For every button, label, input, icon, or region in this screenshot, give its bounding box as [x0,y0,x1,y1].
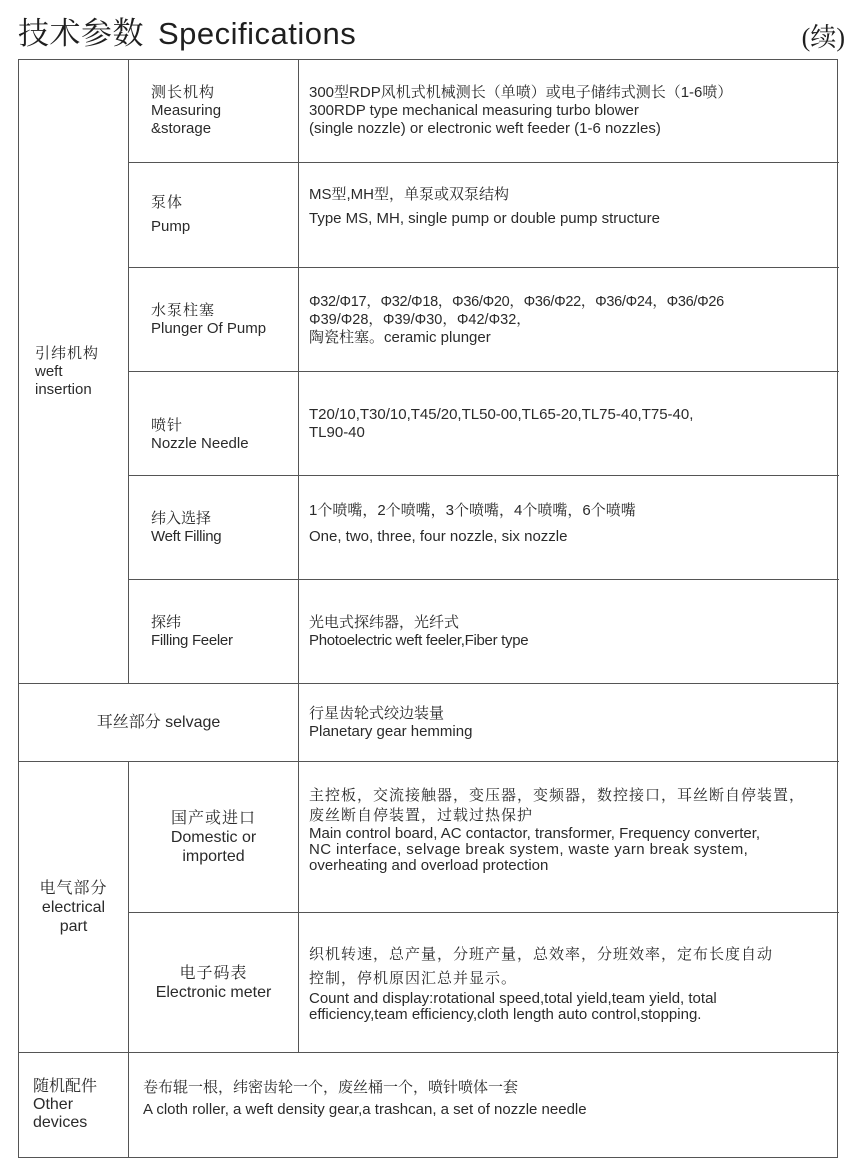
category-label-en: weft [35,363,128,381]
page-title-en: Specifications [158,16,356,51]
spec-label-nozzle-needle: 喷针 Nozzle Needle [129,372,299,476]
category-label-en: part [19,917,128,936]
spec-value-line: Φ32/Φ17，Φ32/Φ18，Φ36/Φ20，Φ36/Φ22，Φ36/Φ24，… [309,293,835,311]
spec-value-line: 控制，停机原因汇总并显示。 [309,967,835,991]
spec-label-plunger: 水泵柱塞 Plunger Of Pump [129,268,299,372]
spec-label-en: Electronic meter [129,983,298,1002]
spec-value-line: overheating and overload protection [309,858,835,874]
spec-label-zh: 纬入选择 [151,510,298,528]
page-title-zh: 技术参数 [18,16,144,51]
spec-value-other-devices: 卷布辊一根，纬密齿轮一个，废丝桶一个，喷针喷体一套 A cloth roller… [129,1053,839,1157]
spec-label-pump: 泵体 Pump [129,163,299,268]
spec-value-line: Count and display:rotational speed,total… [309,991,835,1007]
spec-value-line: 300型RDP风机式机械测长（单喷）或电子储纬式测长（1-6喷） [309,84,835,102]
spec-value-line: 主控板，交流接触器，变压器，变频器，数控接口，耳丝断自停装置， [309,786,835,806]
spec-label-en: Plunger Of Pump [151,320,298,338]
spec-label-domestic-imported: 国产或进口 Domestic or imported [129,762,299,913]
category-label-zh: 随机配件 [33,1078,128,1096]
category-label-en: insertion [35,381,128,399]
page-title: 技术参数Specifications [18,14,356,54]
spec-value-domestic-imported: 主控板，交流接触器，变压器，变频器，数控接口，耳丝断自停装置， 废丝断自停装置，… [299,762,839,913]
spec-label-en: Filling Feeler [151,632,298,650]
spec-label-en: Measuring [151,102,298,120]
category-weft-insertion: 引纬机构 weft insertion [19,60,129,684]
spec-value-line: 光电式探纬器，光纤式 [309,614,835,632]
category-selvage: 耳丝部分 selvage [19,684,299,762]
spec-value-line: 织机转速，总产量，分班产量，总效率，分班效率，定布长度自动 [309,943,835,967]
spec-label-zh: 泵体 [151,194,298,212]
spec-label-weft-filling: 纬入选择 Weft Filling [129,476,299,580]
spec-label-zh: 喷针 [151,417,298,435]
spec-label-measuring: 测长机构 Measuring &storage [129,60,299,163]
spec-label-en: Domestic or [129,828,298,847]
spec-label-en: Pump [151,218,298,236]
spec-label-zh: 水泵柱塞 [151,302,298,320]
category-other-devices: 随机配件 Other devices [19,1053,129,1157]
category-label-en: electrical [19,898,128,917]
spec-value-measuring: 300型RDP风机式机械测长（单喷）或电子储纬式测长（1-6喷） 300RDP … [299,60,839,163]
spec-value-selvage: 行星齿轮式绞边装量 Planetary gear hemming [299,684,839,762]
spec-label-en: imported [129,847,298,866]
spec-value-line: TL90-40 [309,424,835,442]
spec-value-line: (single nozzle) or electronic weft feede… [309,120,835,138]
category-label-zh: 引纬机构 [35,345,128,363]
spec-value-line: Planetary gear hemming [309,723,835,741]
spec-value-weft-filling: 1个喷嘴，2个喷嘴，3个喷嘴，4个喷嘴，6个喷嘴 One, two, three… [299,476,839,580]
spec-value-line: 1个喷嘴，2个喷嘴，3个喷嘴，4个喷嘴，6个喷嘴 [309,502,835,520]
spec-value-line: A cloth roller, a weft density gear,a tr… [143,1101,835,1119]
spec-label-en: Weft Filling [151,528,298,546]
spec-label-en: Nozzle Needle [151,435,298,453]
spec-value-filling-feeler: 光电式探纬器，光纤式 Photoelectric weft feeler,Fib… [299,580,839,684]
continued-label: (续) [802,20,845,56]
spec-value-line: 陶瓷柱塞。ceramic plunger [309,329,835,347]
spec-value-line: Type MS, MH, single pump or double pump … [309,210,835,228]
category-electrical: 电气部分 electrical part [19,762,129,1053]
spec-value-pump: MS型,MH型，单泵或双泵结构 Type MS, MH, single pump… [299,163,839,268]
spec-value-line: Φ39/Φ28，Φ39/Φ30，Φ42/Φ32， [309,311,835,329]
category-label-en: Other [33,1096,128,1114]
spec-label-zh: 探纬 [151,614,298,632]
spec-value-line: 废丝断自停装置，过载过热保护 [309,806,835,826]
spec-value-electronic-meter: 织机转速，总产量，分班产量，总效率，分班效率，定布长度自动 控制，停机原因汇总并… [299,913,839,1053]
spec-label-electronic-meter: 电子码表 Electronic meter [129,913,299,1053]
category-label-en: devices [33,1114,128,1132]
spec-value-nozzle-needle: T20/10,T30/10,T45/20,TL50-00,TL65-20,TL7… [299,372,839,476]
spec-label-zh: 测长机构 [151,84,298,102]
spec-value-line: 行星齿轮式绞边装量 [309,705,835,723]
spec-value-line: T20/10,T30/10,T45/20,TL50-00,TL65-20,TL7… [309,406,835,424]
spec-value-line: 300RDP type mechanical measuring turbo b… [309,102,835,120]
spec-value-line: MS型,MH型，单泵或双泵结构 [309,186,835,204]
specifications-table: 引纬机构 weft insertion 测长机构 Measuring &stor… [18,59,838,1158]
spec-value-plunger: Φ32/Φ17，Φ32/Φ18，Φ36/Φ20，Φ36/Φ22，Φ36/Φ24，… [299,268,839,372]
spec-label-zh: 国产或进口 [129,809,298,828]
spec-label-zh: 电子码表 [129,964,298,983]
spec-value-line: 卷布辊一根，纬密齿轮一个，废丝桶一个，喷针喷体一套 [143,1079,835,1097]
spec-label-en: &storage [151,120,298,138]
spec-value-line: Main control board, AC contactor, transf… [309,826,835,842]
spec-value-line: NC interface, selvage break system, wast… [309,842,835,858]
category-label-zh: 电气部分 [19,879,128,898]
spec-value-line: Photoelectric weft feeler,Fiber type [309,632,835,650]
spec-value-line: efficiency,team efficiency,cloth length … [309,1007,835,1023]
category-label: 耳丝部分 selvage [97,714,221,732]
spec-value-line: One, two, three, four nozzle, six nozzle [309,528,835,546]
spec-label-filling-feeler: 探纬 Filling Feeler [129,580,299,684]
